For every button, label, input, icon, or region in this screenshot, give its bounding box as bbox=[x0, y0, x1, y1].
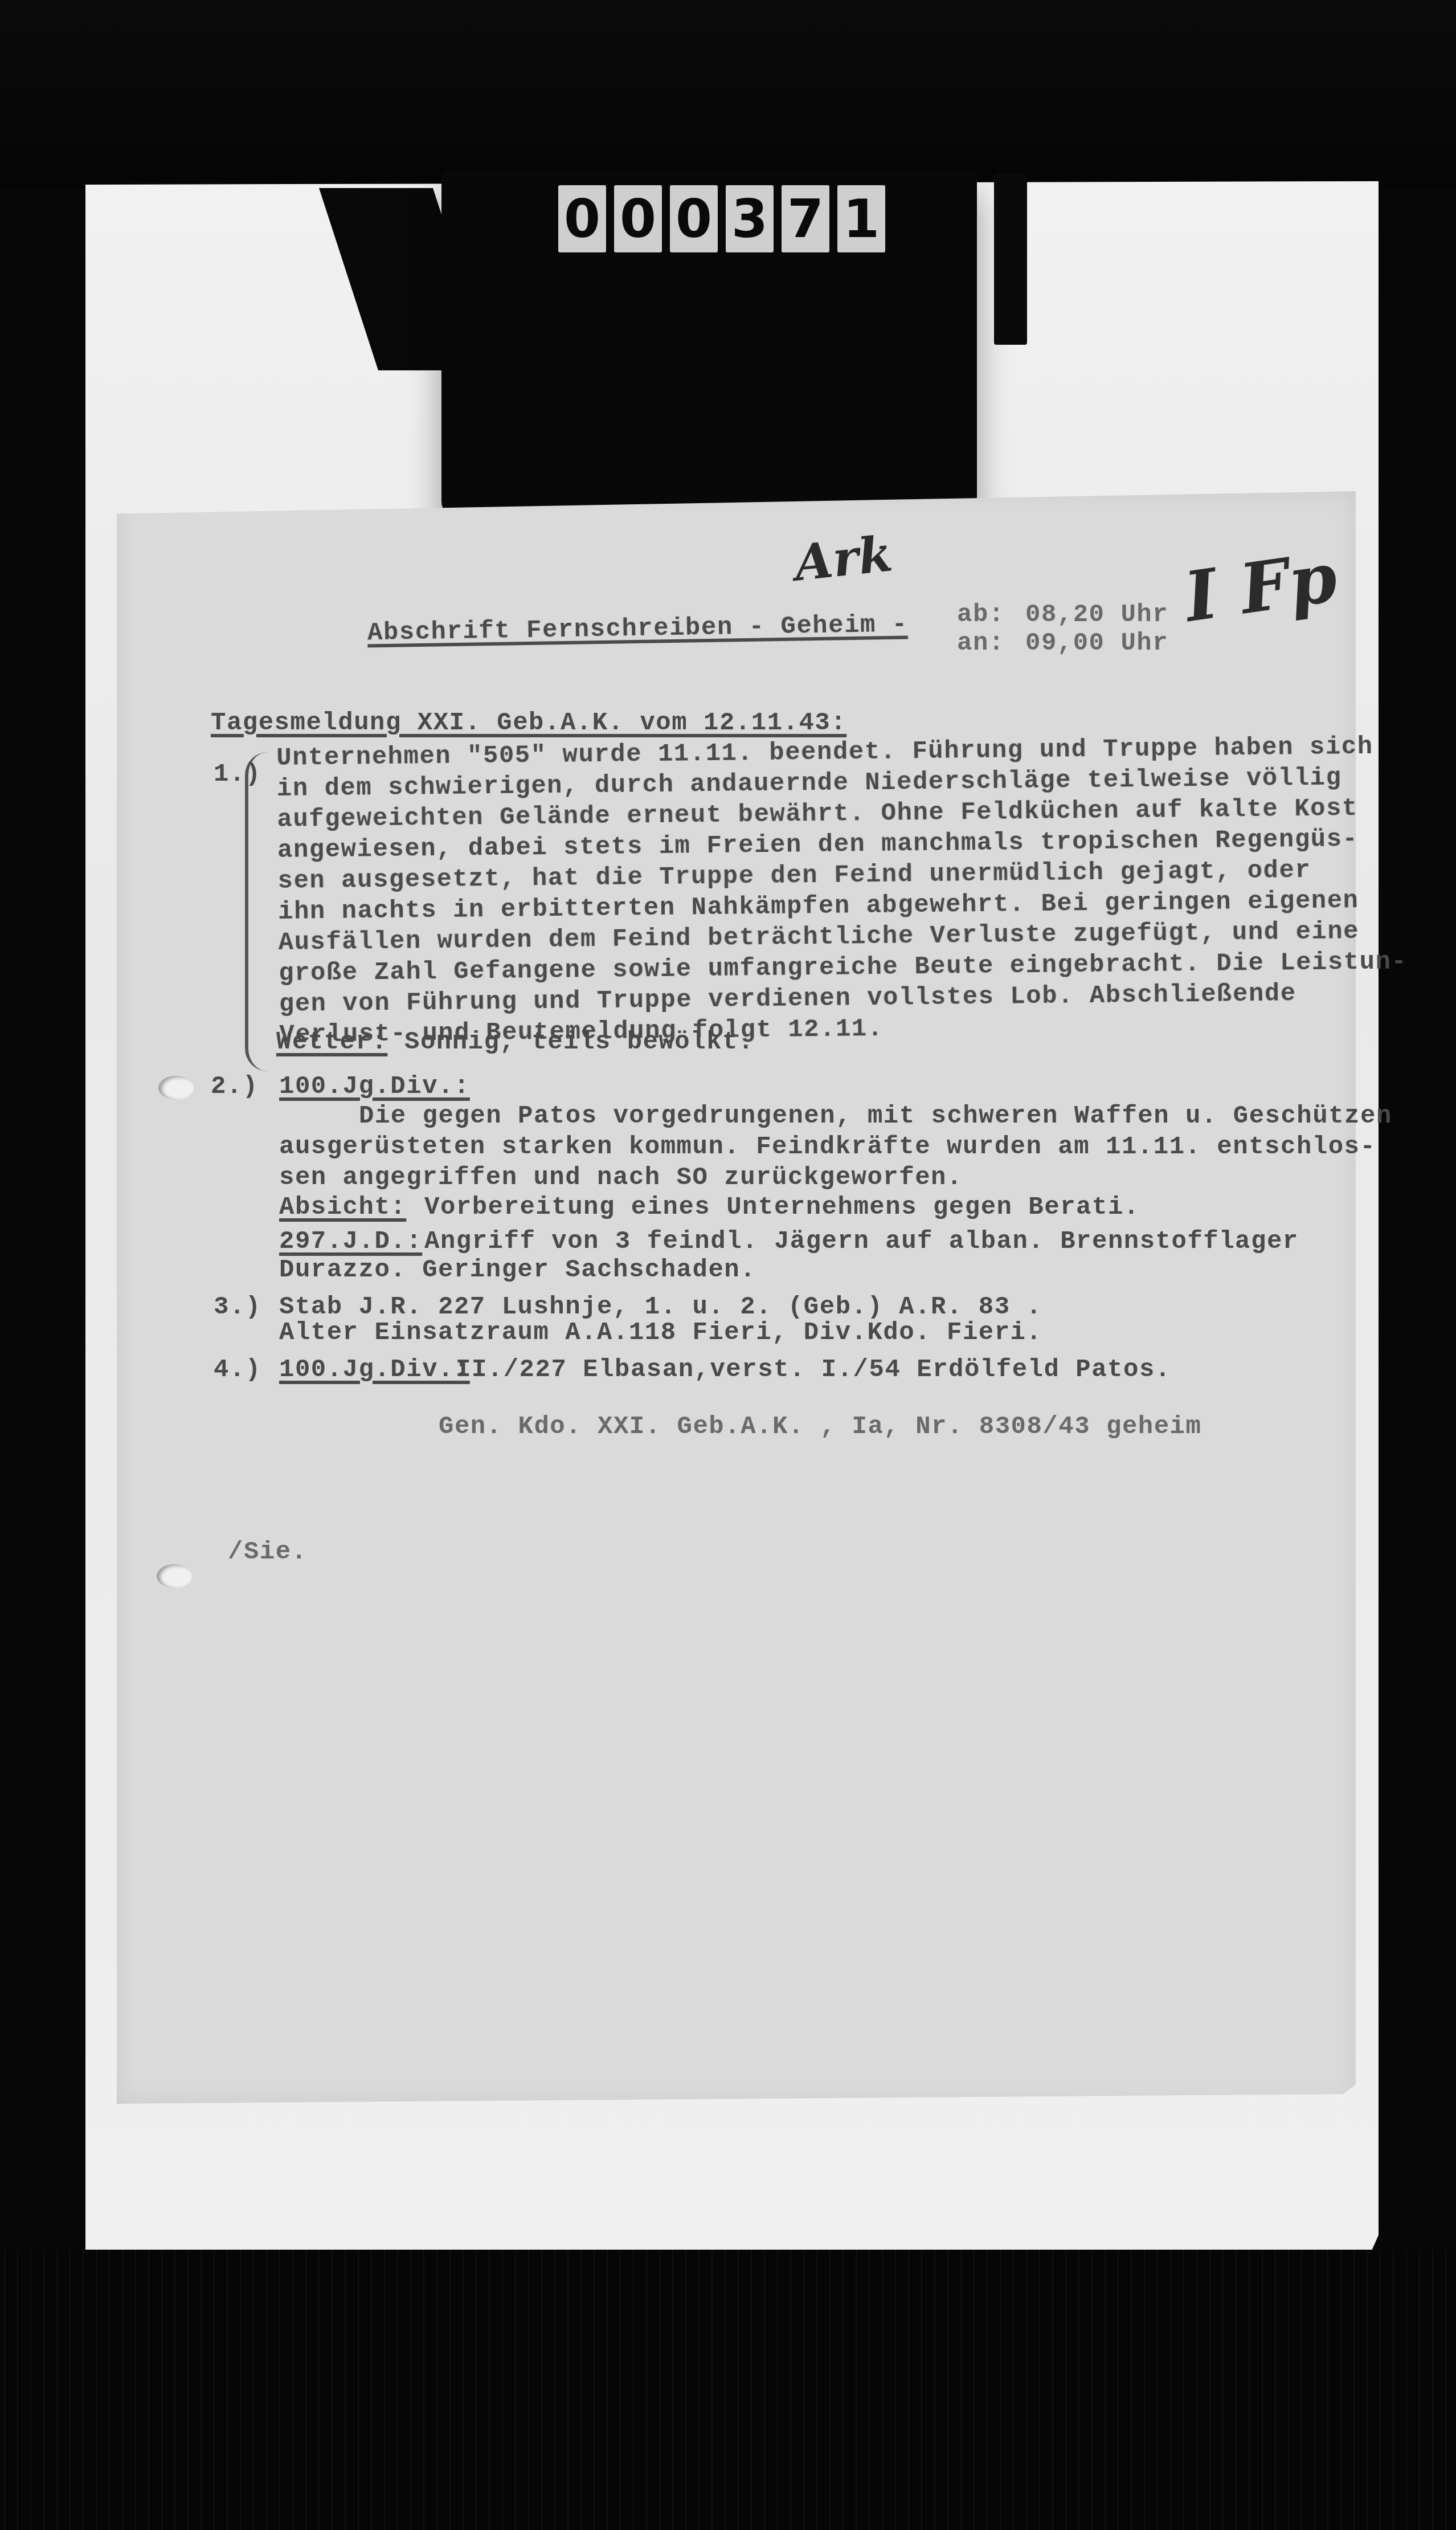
received-label: an: bbox=[957, 627, 1005, 660]
handwritten-initial: Ark bbox=[792, 525, 895, 592]
counter-digit: 3 bbox=[726, 185, 774, 252]
counter-digit: 0 bbox=[670, 185, 718, 252]
item-number: 2.) bbox=[211, 1070, 259, 1103]
item-number: 3.) bbox=[214, 1291, 261, 1324]
item-line: Alter Einsatzraum A.A.118 Fieri, Div.Kdo… bbox=[279, 1316, 1042, 1349]
item-line: Die gegen Patos vorgedrungenen, mit schw… bbox=[359, 1100, 1392, 1133]
frame-counter: 0 0 0 3 7 1 bbox=[558, 185, 885, 252]
margin-bracket bbox=[245, 752, 271, 1071]
clip-post bbox=[994, 174, 1027, 345]
item-number: 4.) bbox=[214, 1353, 261, 1386]
counter-digit: 7 bbox=[782, 185, 829, 252]
counter-digit: 0 bbox=[614, 185, 662, 252]
intent-text: Vorbereitung eines Unternehmens gegen Be… bbox=[424, 1191, 1140, 1224]
unit-label: 100.Jg.Div.: bbox=[279, 1070, 470, 1103]
unit2-line: Durazzo. Geringer Sachschaden. bbox=[279, 1254, 756, 1287]
reference-number: Gen. Kdo. XXI. Geb.A.K. , Ia, Nr. 8308/4… bbox=[439, 1410, 1201, 1443]
intent-label: Absicht: bbox=[279, 1191, 406, 1224]
item-line: ausgerüsteten starken kommun. Feindkräft… bbox=[279, 1131, 1376, 1164]
film-border-bottom bbox=[0, 2250, 1456, 2530]
weather-text: Sonnig, teils bewölkt. bbox=[404, 1026, 754, 1059]
counter-digit: 0 bbox=[558, 185, 606, 252]
weather-label: Wetter: bbox=[276, 1026, 387, 1059]
report-title: Tagesmeldung XXI. Geb.A.K. vom 12.11.43: bbox=[211, 707, 846, 740]
counter-digit: 1 bbox=[837, 185, 885, 252]
unit-label: 100.Jg.Div.: bbox=[279, 1353, 470, 1386]
film-border-top bbox=[0, 0, 1456, 188]
item-number: 1.) bbox=[214, 758, 261, 791]
item-text: II./227 Elbasan,verst. I./54 Erdölfeld P… bbox=[456, 1353, 1171, 1386]
received-time: 09,00 Uhr bbox=[1025, 627, 1168, 660]
item-line: sen angegriffen und nach SO zurückgeworf… bbox=[279, 1161, 963, 1194]
typist-initials: /Sie. bbox=[228, 1536, 308, 1569]
punch-hole bbox=[158, 1076, 194, 1100]
punch-hole bbox=[157, 1564, 192, 1588]
